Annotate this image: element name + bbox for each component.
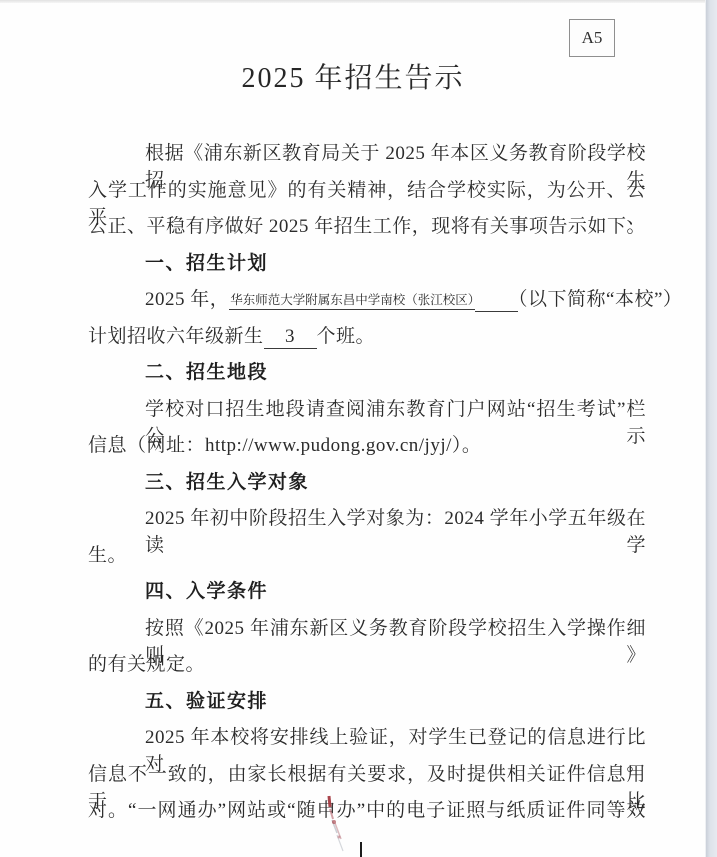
doc-line: 对。“一网通办”网站或“随申办”中的电子证照与纸质证件同等效 — [88, 795, 646, 822]
school-name-fill-in: 华东师范大学附属东昌中学南校（张江校区） — [229, 293, 475, 310]
text-segment: （以下简称“本校”） — [518, 289, 682, 310]
text-segment: 2025 年， — [145, 289, 229, 310]
doc-line: 生。 — [88, 540, 646, 567]
doc-line: 公正、平稳有序做好 2025 年招生工作，现将有关事项告示如下。 — [88, 211, 646, 238]
text-segment: 信息（网址：http://www.pudong.gov.cn/jyj/）。 — [88, 435, 481, 456]
document-body: 根据《浦东新区教育局关于 2025 年本区义务教育阶段学校招生入学工作的实施意见… — [0, 0, 717, 857]
text-segment: 的有关规定。 — [88, 654, 205, 675]
text-segment: 二、招生地段 — [145, 362, 268, 383]
text-segment: 三、招生入学对象 — [145, 472, 309, 493]
text-segment: 五、验证安排 — [145, 691, 268, 712]
doc-line: 2025 年，华东师范大学附属东昌中学南校（张江校区） （以下简称“本校”） — [145, 284, 646, 311]
section-heading: 一、招生计划 — [145, 248, 646, 275]
scanned-document-page: A5 2025 年招生告示 根据《浦东新区教育局关于 2025 年本区义务教育阶… — [0, 0, 717, 857]
fill-in-blank — [475, 289, 518, 312]
section-heading: 三、招生入学对象 — [145, 467, 646, 494]
text-segment: 四、入学条件 — [145, 581, 268, 602]
doc-line: 计划招收六年级新生 3 个班。 — [88, 321, 646, 348]
stray-black-tick — [360, 842, 362, 857]
text-segment: 对。“一网通办”网站或“随申办”中的电子证照与纸质证件同等效 — [88, 800, 646, 821]
fill-in-blank: 3 — [264, 326, 317, 349]
text-segment: 一、招生计划 — [145, 253, 268, 274]
section-heading: 四、入学条件 — [145, 576, 646, 603]
doc-line: 信息（网址：http://www.pudong.gov.cn/jyj/）。 — [88, 430, 646, 457]
text-segment: 计划招收六年级新生 — [88, 326, 264, 347]
text-segment: 个班。 — [317, 326, 376, 347]
section-heading: 二、招生地段 — [145, 357, 646, 384]
text-segment: 公正、平稳有序做好 2025 年招生工作，现将有关事项告示如下。 — [88, 216, 646, 237]
doc-line: 的有关规定。 — [88, 649, 646, 676]
text-segment: 生。 — [88, 545, 127, 566]
section-heading: 五、验证安排 — [145, 686, 646, 713]
scan-right-edge — [705, 0, 717, 857]
